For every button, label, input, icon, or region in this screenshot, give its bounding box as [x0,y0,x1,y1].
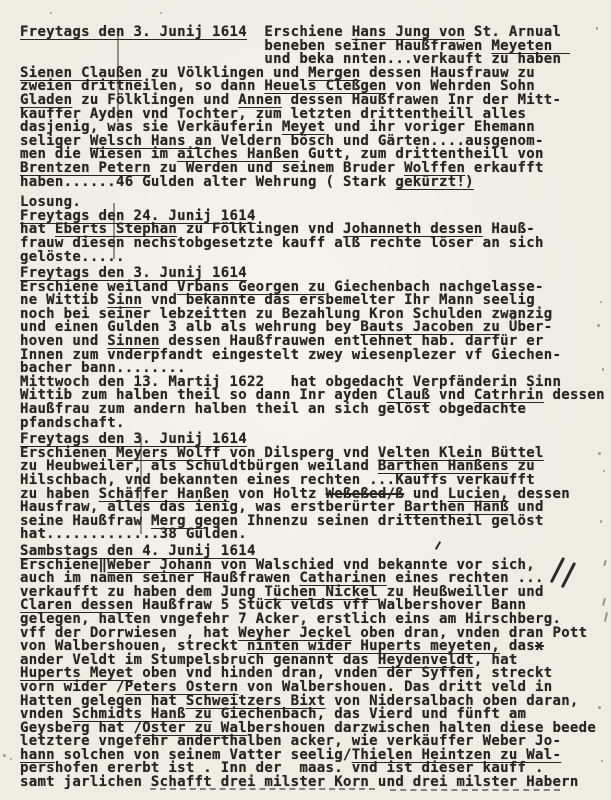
text-segment: gelöste..... [20,249,125,265]
text-segment: erkaufft [465,160,544,176]
entry-1-line: haben......46 Gulden alter Wehrung ( Sta… [20,176,605,190]
entry-5-line: samt jarlichen Schafft drei milster Korn… [20,776,605,790]
text-segment: samt jarlichen Schafft drei milster Korn… [20,774,579,790]
text-segment: haben......46 Gulden alter Wehrung ( Sta… [20,174,395,190]
text-segment: egen Ihnenzu seinen drittentheil gelöst [203,513,543,529]
underlined-text: gekürzt!) [395,174,474,190]
scanned-document-page: { "document": { "kind": "typewritten arc… [0,0,611,800]
text-segment: hat.............38 Gulden. [20,526,247,542]
text-segment: pfandschaft. [20,415,125,431]
document-text-block: Freytags den 3. Junij 1614 Erschiene Han… [20,26,605,790]
ink-speck [160,12,162,14]
entry-3-line: pfandschaft. [20,417,605,431]
entry-2-line: gelöste..... [20,251,605,265]
entry-4-line: hat.............38 Gulden. [20,528,605,542]
struck-out-text: x [535,638,544,654]
ink-speck [50,12,52,14]
text-segment: dessen [544,387,605,403]
ink-speck [10,758,12,760]
ink-speck [3,754,6,757]
